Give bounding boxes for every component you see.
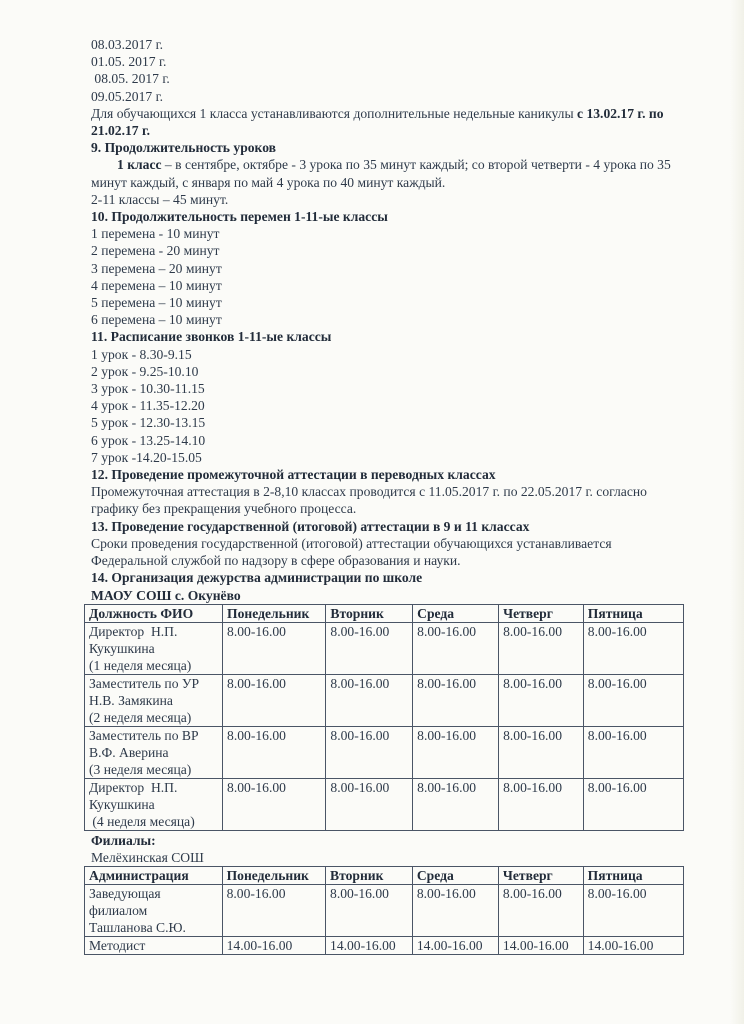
bell-schedule-list: 1 урок - 8.30-9.152 урок - 9.25-10.103 у… (91, 346, 691, 466)
table-row: Директор Н.П.Кукушкина (4 неделя месяца)… (85, 778, 684, 830)
hours-cell: 8.00-16.00 (583, 726, 683, 778)
person-cell: Заместитель по УРН.В. Замякина(2 неделя … (85, 674, 223, 726)
bell-item: 2 урок - 9.25-10.10 (91, 363, 691, 380)
person-cell: ЗаведующаяфилиаломТашланова С.Ю. (85, 885, 223, 937)
person-line: (1 неделя месяца) (89, 657, 218, 674)
column-header: Пятница (583, 604, 683, 622)
person-line: (2 неделя месяца) (89, 709, 218, 726)
person-line: Директор Н.П. (89, 623, 218, 640)
table-row: Директор Н.П.Кукушкина(1 неделя месяца)8… (85, 622, 684, 674)
holiday-date: 08.05. 2017 г. (91, 70, 691, 87)
hours-cell: 8.00-16.00 (413, 622, 499, 674)
table-row: Заместитель по ВРВ.Ф. Аверина(3 неделя м… (85, 726, 684, 778)
table-row: Заместитель по УРН.В. Замякина(2 неделя … (85, 674, 684, 726)
document-page: 08.03.2017 г. 01.05. 2017 г. 08.05. 2017… (91, 36, 691, 955)
column-header: Понедельник (222, 867, 325, 885)
person-cell: Директор Н.П.Кукушкина (4 неделя месяца) (85, 778, 223, 830)
hours-cell: 8.00-16.00 (326, 622, 413, 674)
column-header: Четверг (499, 604, 584, 622)
hours-cell: 8.00-16.00 (583, 885, 683, 937)
grade1-label: 1 класс (117, 157, 162, 172)
column-header: Вторник (326, 604, 413, 622)
hours-cell: 8.00-16.00 (413, 778, 499, 830)
person-line: (3 неделя месяца) (89, 761, 218, 778)
section-9-grades-2-11: 2-11 классы – 45 минут. (91, 191, 691, 208)
hours-cell: 8.00-16.00 (413, 726, 499, 778)
hours-cell: 14.00-16.00 (326, 937, 413, 955)
person-line: Кукушкина (89, 796, 218, 813)
break-item: 5 перемена – 10 минут (91, 294, 691, 311)
hours-cell: 14.00-16.00 (583, 937, 683, 955)
table-header-row: Должность ФИОПонедельникВторникСредаЧетв… (85, 604, 684, 622)
column-header: Должность ФИО (85, 604, 223, 622)
hours-cell: 14.00-16.00 (498, 937, 583, 955)
person-line: Заместитель по УР (89, 675, 218, 692)
section-13-title: 13. Проведение государственной (итоговой… (91, 518, 691, 535)
person-line: Н.В. Замякина (89, 692, 218, 709)
section-9-grade1: 1 класс – в сентябре, октябре - 3 урока … (91, 156, 691, 190)
break-item: 4 перемена – 10 минут (91, 277, 691, 294)
branches-label: Филиалы: (91, 832, 691, 849)
bell-item: 7 урок -14.20-15.05 (91, 449, 691, 466)
first-grade-holidays-text: Для обучающихся 1 класса устанавливаются… (91, 106, 577, 121)
hours-cell: 8.00-16.00 (412, 885, 498, 937)
hours-cell: 8.00-16.00 (499, 622, 584, 674)
bell-item: 3 урок - 10.30-11.15 (91, 380, 691, 397)
break-item: 1 перемена - 10 минут (91, 225, 691, 242)
hours-cell: 8.00-16.00 (326, 885, 413, 937)
person-cell: Заместитель по ВРВ.Ф. Аверина(3 неделя м… (85, 726, 223, 778)
break-item: 2 перемена - 20 минут (91, 242, 691, 259)
bell-item: 1 урок - 8.30-9.15 (91, 346, 691, 363)
person-line: Кукушкина (89, 640, 218, 657)
break-item: 6 перемена – 10 минут (91, 311, 691, 328)
section-14-title: 14. Организация дежурства администрации … (91, 569, 691, 586)
section-10-title: 10. Продолжительность перемен 1-11-ые кл… (91, 208, 691, 225)
person-line: Заместитель по ВР (89, 727, 218, 744)
person-line: филиалом (89, 902, 218, 919)
duty-table-branch: АдминистрацияПонедельникВторникСредаЧетв… (84, 866, 684, 955)
hours-cell: 14.00-16.00 (222, 937, 325, 955)
hours-cell: 8.00-16.00 (583, 622, 683, 674)
bell-item: 6 урок - 13.25-14.10 (91, 432, 691, 449)
holiday-date: 09.05.2017 г. (91, 88, 691, 105)
section-11-title: 11. Расписание звонков 1-11-ые классы (91, 328, 691, 345)
hours-cell: 14.00-16.00 (412, 937, 498, 955)
section-13-text: Сроки проведения государственной (итогов… (91, 535, 691, 569)
section-9-title: 9. Продолжительность уроков (91, 139, 691, 156)
column-header: Пятница (583, 867, 683, 885)
duty-table-main: Должность ФИОПонедельникВторникСредаЧетв… (84, 604, 684, 831)
table-header-row: АдминистрацияПонедельникВторникСредаЧетв… (85, 867, 684, 885)
holiday-date: 01.05. 2017 г. (91, 53, 691, 70)
person-cell: Методист (85, 937, 223, 955)
column-header: Четверг (498, 867, 583, 885)
scan-edge (730, 0, 744, 1024)
school-name: МАОУ СОШ с. Окунёво (91, 587, 691, 604)
person-line: В.Ф. Аверина (89, 744, 218, 761)
section-12-title: 12. Проведение промежуточной аттестации … (91, 466, 691, 483)
hours-cell: 8.00-16.00 (499, 726, 584, 778)
hours-cell: 8.00-16.00 (326, 726, 413, 778)
hours-cell: 8.00-16.00 (583, 674, 683, 726)
person-line: (4 неделя месяца) (89, 813, 218, 830)
hours-cell: 8.00-16.00 (413, 674, 499, 726)
hours-cell: 8.00-16.00 (223, 726, 326, 778)
person-line: Директор Н.П. (89, 779, 218, 796)
holiday-date: 08.03.2017 г. (91, 36, 691, 53)
break-item: 3 перемена – 20 минут (91, 260, 691, 277)
branch-name: Мелёхинская СОШ (91, 849, 691, 866)
table-row: Методист14.00-16.0014.00-16.0014.00-16.0… (85, 937, 684, 955)
person-line: Заведующая (89, 885, 218, 902)
hours-cell: 8.00-16.00 (583, 778, 683, 830)
hours-cell: 8.00-16.00 (326, 778, 413, 830)
hours-cell: 8.00-16.00 (223, 778, 326, 830)
grade1-text: – в сентябре, октябре - 3 урока по 35 ми… (91, 157, 671, 189)
table-row: ЗаведующаяфилиаломТашланова С.Ю.8.00-16.… (85, 885, 684, 937)
hours-cell: 8.00-16.00 (499, 674, 584, 726)
person-line: Ташланова С.Ю. (89, 919, 218, 936)
hours-cell: 8.00-16.00 (326, 674, 413, 726)
bell-item: 4 урок - 11.35-12.20 (91, 397, 691, 414)
bell-item: 5 урок - 12.30-13.15 (91, 414, 691, 431)
column-header: Понедельник (223, 604, 326, 622)
column-header: Среда (413, 604, 499, 622)
person-cell: Директор Н.П.Кукушкина(1 неделя месяца) (85, 622, 223, 674)
hours-cell: 8.00-16.00 (223, 622, 326, 674)
hours-cell: 8.00-16.00 (223, 674, 326, 726)
person-line: Методист (89, 937, 218, 954)
column-header: Администрация (85, 867, 223, 885)
hours-cell: 8.00-16.00 (222, 885, 325, 937)
column-header: Среда (412, 867, 498, 885)
column-header: Вторник (326, 867, 413, 885)
first-grade-holidays: Для обучающихся 1 класса устанавливаются… (91, 105, 691, 139)
holiday-dates: 08.03.2017 г. 01.05. 2017 г. 08.05. 2017… (91, 36, 691, 105)
breaks-list: 1 перемена - 10 минут2 перемена - 20 мин… (91, 225, 691, 328)
hours-cell: 8.00-16.00 (498, 885, 583, 937)
section-12-text: Промежуточная аттестация в 2-8,10 класса… (91, 483, 691, 517)
hours-cell: 8.00-16.00 (499, 778, 584, 830)
